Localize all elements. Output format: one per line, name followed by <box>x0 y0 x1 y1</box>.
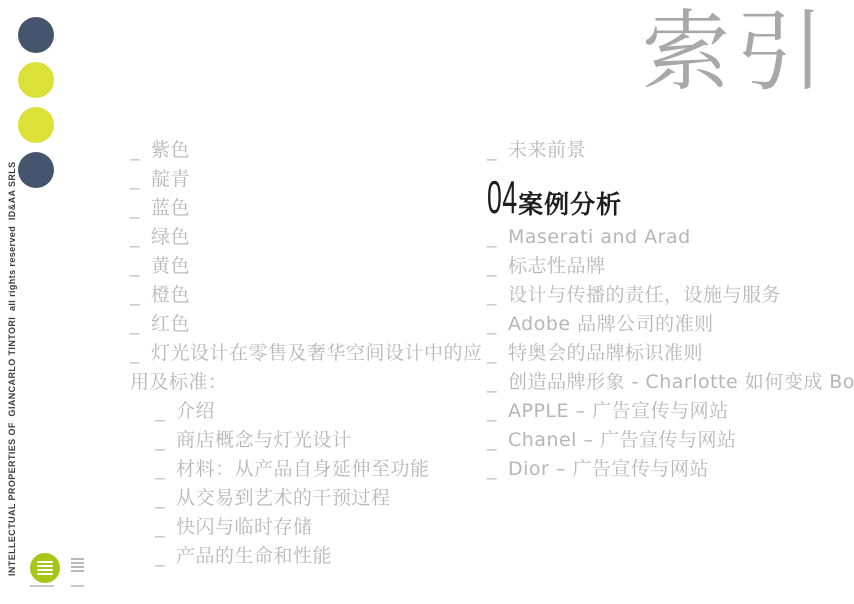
index-right-column: _未来前景 04案例分析 _Maserati and Arad _标志性品牌 _… <box>487 136 854 484</box>
list-item-label: 产品的生命和性能 <box>176 545 332 567</box>
item-tick: _ <box>155 513 176 542</box>
logo-text-line <box>37 573 53 575</box>
dot-navy-1 <box>18 17 54 53</box>
item-tick: _ <box>487 426 508 455</box>
list-item-label: 蓝色 <box>151 197 190 219</box>
list-item: _设计与传播的责任，设施与服务 <box>487 281 854 310</box>
item-tick: _ <box>130 339 151 368</box>
item-tick: _ <box>130 194 151 223</box>
slide-page: INTELLECTUAL PROPERTIES OF GIANCARLO TIN… <box>0 0 854 604</box>
list-item: _APPLE – 广告宣传与网站 <box>487 397 854 426</box>
item-tick: _ <box>487 455 508 484</box>
logo-caption <box>71 585 84 587</box>
list-item-label: 黄色 <box>151 255 190 277</box>
list-item-label: 材料：从产品自身延伸至功能 <box>176 458 430 480</box>
list-item-label: 设计与传播的责任，设施与服务 <box>508 284 781 306</box>
logo-caption <box>30 585 54 587</box>
list-item: _Dior – 广告宣传与网站 <box>487 455 854 484</box>
logo-text-line <box>37 565 53 567</box>
dot-yellow-1 <box>18 62 54 98</box>
dot-navy-2 <box>18 152 54 188</box>
page-title: 索引 <box>642 4 830 101</box>
list-item: _绿色 <box>130 223 488 252</box>
list-item-label: 绿色 <box>151 226 190 248</box>
list-subitem: _从交易到艺术的干预过程 <box>155 484 488 513</box>
item-tick: _ <box>155 426 176 455</box>
item-tick: _ <box>130 281 151 310</box>
list-item: _蓝色 <box>130 194 488 223</box>
list-item: _Adobe 品牌公司的准则 <box>487 310 854 339</box>
item-tick: _ <box>155 484 176 513</box>
item-tick: _ <box>487 136 508 165</box>
list-item: _紫色 <box>130 136 488 165</box>
list-item-label: 商店概念与灯光设计 <box>176 429 352 451</box>
list-subitem: _快闪与临时存储 <box>155 513 488 542</box>
item-tick: _ <box>130 223 151 252</box>
item-tick: _ <box>487 339 508 368</box>
logo-side-text <box>71 558 84 572</box>
list-item: _靛青 <box>130 165 488 194</box>
list-subitem: _介绍 <box>155 397 488 426</box>
item-tick: _ <box>130 310 151 339</box>
list-subitem: _材料：从产品自身延伸至功能 <box>155 455 488 484</box>
item-tick: _ <box>155 455 176 484</box>
list-item-label: 快闪与临时存储 <box>176 516 313 538</box>
list-item: _标志性品牌 <box>487 252 854 281</box>
list-item-label: 标志性品牌 <box>508 255 606 277</box>
list-item: _未来前景 <box>487 136 854 165</box>
list-item-label: 靛青 <box>151 168 190 190</box>
list-item: _红色 <box>130 310 488 339</box>
list-item-label: 创造品牌形象 - Charlotte 如何变成 Bobcats <box>508 371 854 393</box>
list-item-label: 从交易到艺术的干预过程 <box>176 487 391 509</box>
list-item-label: APPLE – 广告宣传与网站 <box>508 400 729 422</box>
list-item-label: 灯光设计在零售及奢华空间设计中的应用及标准： <box>130 342 483 393</box>
list-item-label: Adobe 品牌公司的准则 <box>508 313 714 335</box>
list-item-label: Chanel – 广告宣传与网站 <box>508 429 737 451</box>
list-item: _创造品牌形象 - Charlotte 如何变成 Bobcats <box>487 368 854 397</box>
item-tick: _ <box>487 310 508 339</box>
item-tick: _ <box>487 368 508 397</box>
section-title: 案例分析 <box>518 190 622 220</box>
company-logo <box>30 553 60 583</box>
item-tick: _ <box>487 281 508 310</box>
list-item: _灯光设计在零售及奢华空间设计中的应用及标准： <box>130 339 488 397</box>
list-item: _特奥会的品牌标识准则 <box>487 339 854 368</box>
item-tick: _ <box>130 136 151 165</box>
list-item-label: Maserati and Arad <box>508 226 691 248</box>
list-item-label: 未来前景 <box>508 139 586 161</box>
item-tick: _ <box>155 397 176 426</box>
list-item: _Chanel – 广告宣传与网站 <box>487 426 854 455</box>
item-tick: _ <box>130 165 151 194</box>
item-tick: _ <box>487 397 508 426</box>
list-item: _橙色 <box>130 281 488 310</box>
list-item-label: 特奥会的品牌标识准则 <box>508 342 703 364</box>
list-item: _黄色 <box>130 252 488 281</box>
copyright-vertical-text: INTELLECTUAL PROPERTIES OF GIANCARLO TIN… <box>7 256 17 576</box>
item-tick: _ <box>487 223 508 252</box>
list-item-label: Dior – 广告宣传与网站 <box>508 458 709 480</box>
list-item-label: 橙色 <box>151 284 190 306</box>
list-subitem: _产品的生命和性能 <box>155 542 488 571</box>
list-subitem: _商店概念与灯光设计 <box>155 426 488 455</box>
item-tick: _ <box>130 252 151 281</box>
list-item-label: 介绍 <box>176 400 215 422</box>
list-item: _Maserati and Arad <box>487 223 854 252</box>
logo-text-line <box>37 561 53 563</box>
section-header-case-analysis: 04案例分析 <box>487 165 854 223</box>
list-item-label: 紫色 <box>151 139 190 161</box>
item-tick: _ <box>155 542 176 571</box>
dot-yellow-2 <box>18 107 54 143</box>
list-item-label: 红色 <box>151 313 190 335</box>
section-number: 04 <box>487 174 518 220</box>
index-left-column: _紫色 _靛青 _蓝色 _绿色 _黄色 _橙色 _红色 _灯光设计在零售及奢华空… <box>130 136 488 571</box>
item-tick: _ <box>487 252 508 281</box>
logo-text-line <box>37 569 53 571</box>
